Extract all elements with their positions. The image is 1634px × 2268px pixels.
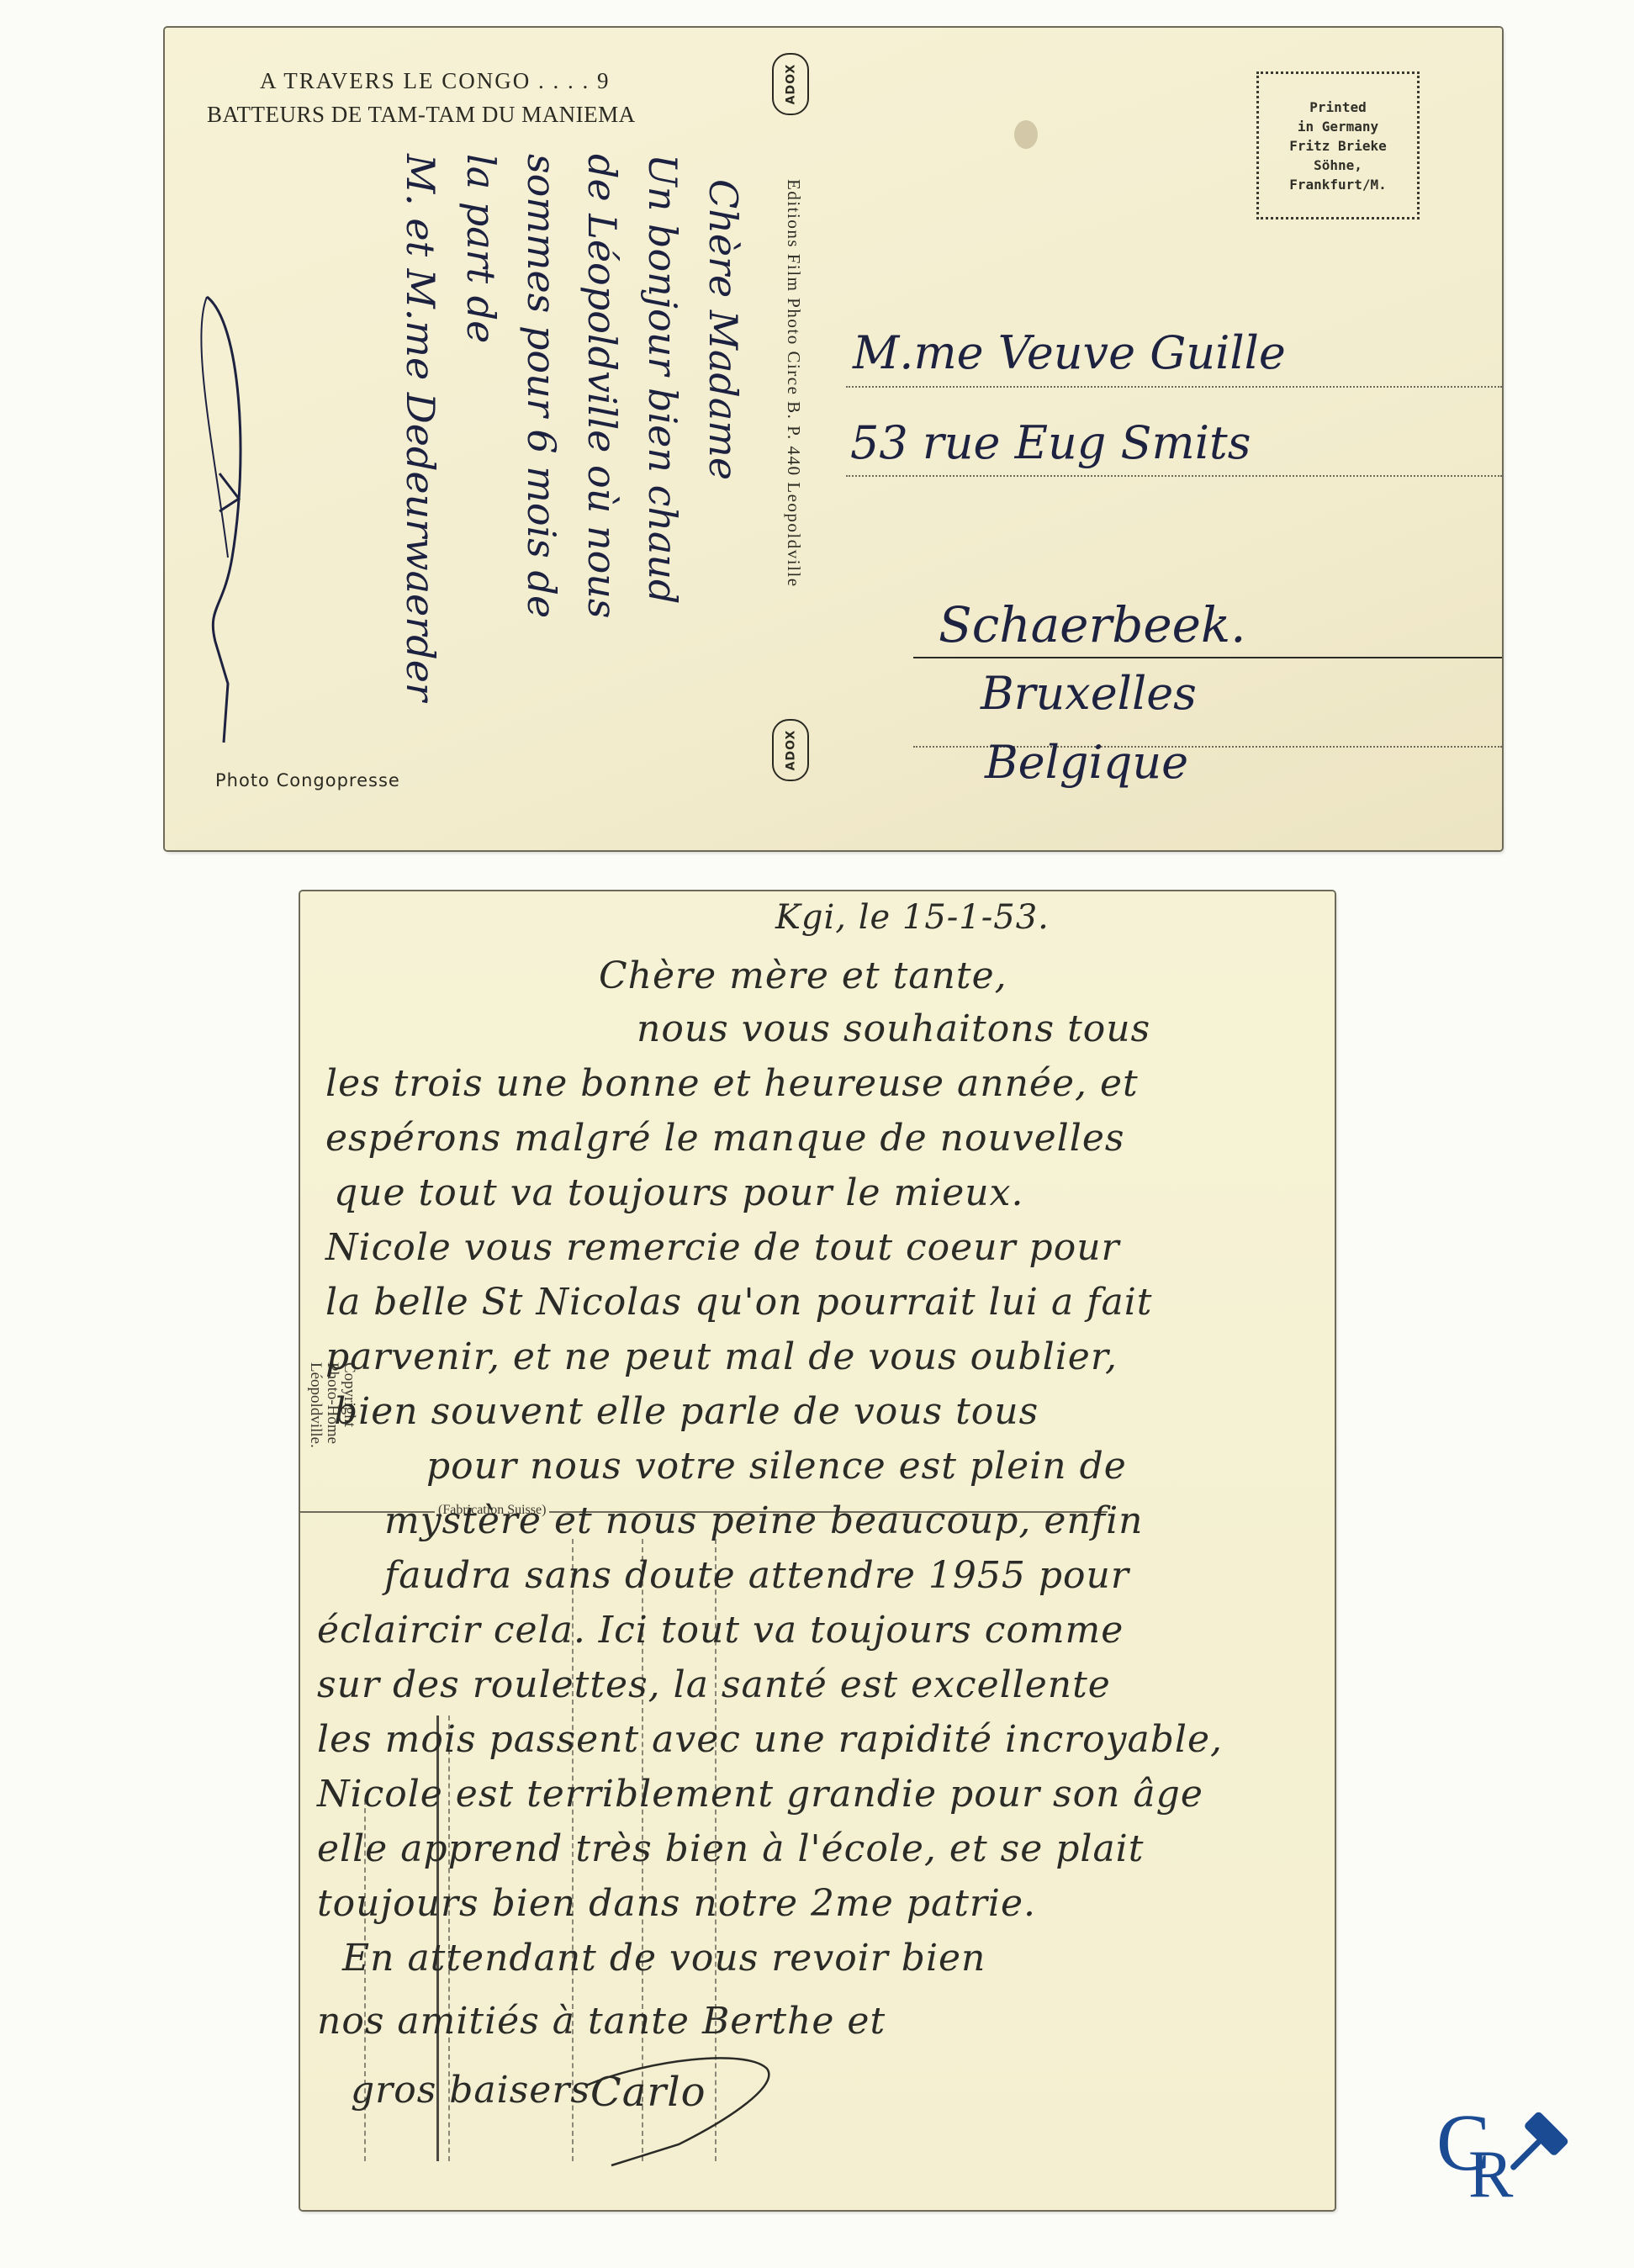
address-line-name: M.me Veuve Guille bbox=[853, 326, 1286, 379]
letter-line: nos amitiés à tante Berthe et bbox=[317, 2000, 886, 2043]
letter-line: Nicole vous remercie de tout coeur pour bbox=[325, 1226, 1120, 1269]
message-line: sommes pour 6 mois de bbox=[511, 154, 572, 701]
letter-line: toujours bien dans notre 2me patrie. bbox=[317, 1882, 1036, 1925]
letter-line: parvenir, et ne peut mal de vous oublier… bbox=[325, 1335, 1118, 1378]
address-line-city: Bruxelles bbox=[981, 667, 1197, 720]
letter-line: elle apprend très bien à l'école, et se … bbox=[317, 1827, 1144, 1870]
letter-line: En attendant de vous revoir bien bbox=[342, 1937, 986, 1980]
printer-stamp-box: Printed in Germany Fritz Brieke Söhne, F… bbox=[1256, 71, 1420, 219]
photo-credit: Photo Congopresse bbox=[215, 770, 400, 790]
letter-line: sur des roulettes, la santé est excellen… bbox=[317, 1663, 1111, 1706]
series-title: A TRAVERS LE CONGO . . . . 9 bbox=[260, 68, 611, 94]
adox-logo-icon: ADOX bbox=[772, 719, 809, 781]
address-rule-underline bbox=[913, 657, 1502, 658]
signature-flourish-icon bbox=[190, 288, 257, 759]
letter-line: espérons malgré le manque de nouvelles bbox=[325, 1117, 1124, 1160]
message-line: Chère Madame bbox=[693, 154, 754, 701]
message-line: Un bonjour bien chaud bbox=[632, 154, 693, 701]
address-rule bbox=[846, 475, 1502, 477]
handwritten-letter: (Fabrication Suisse) Copyright Photo-Hom… bbox=[300, 891, 1335, 2210]
address-rule bbox=[846, 386, 1502, 388]
letter-line: faudra sans doute attendre 1955 pour bbox=[384, 1554, 1129, 1597]
letter-line: la belle St Nicolas qu'on pourrait lui a… bbox=[325, 1281, 1152, 1324]
letter-line: les mois passent avec une rapidité incro… bbox=[317, 1718, 1223, 1761]
postcard-address-side: A TRAVERS LE CONGO . . . . 9 BATTEURS DE… bbox=[165, 28, 1502, 850]
address-line-municipality: Schaerbeek. bbox=[939, 596, 1246, 653]
letter-line: pour nous votre silence est plein de bbox=[426, 1445, 1127, 1488]
letter-line: que tout va toujours pour le mieux. bbox=[334, 1171, 1023, 1214]
gavel-icon: C R bbox=[1430, 2102, 1581, 2212]
letter-line: Nicole est terriblement grandie pour son… bbox=[317, 1773, 1203, 1816]
message-line: de Léopoldville où nous bbox=[572, 154, 632, 701]
address-line-street: 53 rue Eug Smits bbox=[850, 416, 1251, 469]
handwritten-message: Chère Madame Un bonjour bien chaud de Lé… bbox=[390, 154, 754, 701]
photo-caption: BATTEURS DE TAM-TAM DU MANIEMA bbox=[207, 102, 636, 128]
letter-line: gros baisers bbox=[351, 2069, 590, 2112]
letter-line: nous vous souhaitons tous bbox=[637, 1007, 1150, 1050]
publisher-line: Editions Film Photo Circe B. P. 440 Leop… bbox=[783, 179, 804, 588]
message-line: la part de bbox=[451, 154, 511, 701]
letter-date: Kgi, le 15-1-53. bbox=[775, 898, 1050, 937]
letter-line: bien souvent elle parle de vous tous bbox=[334, 1390, 1039, 1433]
letter-line: mystère et nous peine beaucoup, enfin bbox=[384, 1499, 1143, 1542]
signature-flourish-icon bbox=[578, 2052, 780, 2170]
message-line: M. et M.me Dedeurwaerder bbox=[390, 154, 451, 701]
svg-text:R: R bbox=[1468, 2138, 1514, 2212]
letter-line: les trois une bonne et heureuse année, e… bbox=[325, 1062, 1139, 1105]
letter-line: éclaircir cela. Ici tout va toujours com… bbox=[317, 1609, 1124, 1652]
letter-greeting: Chère mère et tante, bbox=[599, 954, 1007, 997]
paper-stain bbox=[1014, 120, 1038, 149]
postcard-letter-side: (Fabrication Suisse) Copyright Photo-Hom… bbox=[300, 891, 1335, 2210]
address-line-country: Belgique bbox=[985, 736, 1188, 789]
auction-house-logo: C R CR bbox=[1430, 2102, 1581, 2212]
adox-logo-icon: ADOX bbox=[772, 53, 809, 115]
